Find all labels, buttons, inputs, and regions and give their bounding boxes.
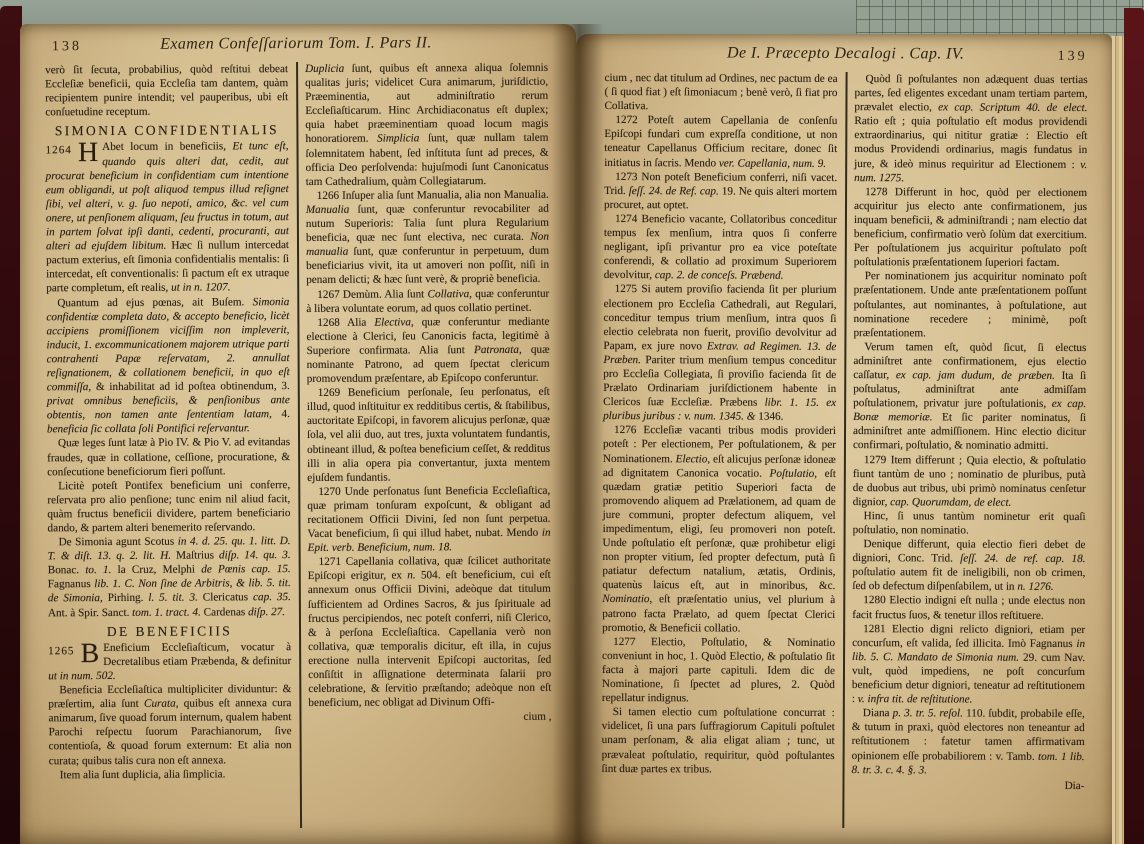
right-page: De I. Præcepto Decalogi . Cap. IV. 139 c… <box>576 34 1112 844</box>
paragraph: Diana p. 3. tr. 5. reſol. 110. ſubdit, p… <box>852 706 1085 777</box>
paragraph: Quòd ſi poſtulantes non adæquent duas te… <box>854 72 1087 186</box>
drop-cap: B <box>79 641 103 665</box>
paragraph: Verum tamen eſt, quòd ſicut, ſi electus … <box>853 340 1086 454</box>
paragraph: Hinc, ſi unus tantùm nominetur erit quaſ… <box>853 509 1086 538</box>
paragraph: 1274 Beneficio vacante, Collatoribus con… <box>604 212 837 283</box>
left-page-column-1: verò ſit ſecuta, probabilius, quòd reſti… <box>38 62 300 829</box>
paragraph: 1267 Demùm. Alia ſunt Collativa, quæ con… <box>306 286 549 315</box>
paragraph: 1270 Unde perſonatus ſunt Beneficia Eccl… <box>307 483 550 555</box>
paragraph: 1276 Eccleſiæ vacanti tribus modis provi… <box>602 423 836 635</box>
paragraph: 1273 Non poteſt Beneficium conferri, niſ… <box>604 170 837 213</box>
paragraph: 1264HAbet locum in beneficiis, Et tunc e… <box>45 140 289 296</box>
left-page-column-2: Duplicia ſunt, quibus eſt annexa aliqua … <box>296 61 560 828</box>
paragraph: verò ſit ſecuta, probabilius, quòd reſti… <box>45 62 288 120</box>
right-running-head: De I. Præcepto Decalogi . Cap. IV. 139 <box>588 39 1104 71</box>
paragraph: De Simonia agunt Scotus in 4. d. 25. qu.… <box>48 534 291 620</box>
paragraph: Beneficia Eccleſiaſtica multipliciter di… <box>48 682 291 768</box>
left-page-columns: verò ſit ſecuta, probabilius, quòd reſti… <box>28 59 568 830</box>
paragraph: 1271 Capellania collativa, quæ ſcilicet … <box>308 554 552 710</box>
paragraph: 1281 Electio digni relicto digniori, eti… <box>852 622 1085 708</box>
paragraph: 1265BEneficium Eccleſiaſticum, vocatur à… <box>48 640 291 684</box>
paragraph: 1266 Inſuper alia ſunt Manualia, alia no… <box>306 188 550 288</box>
paragraph: 1280 Electio indigni eſt nulla ; unde el… <box>852 594 1085 623</box>
catchword: Dia- <box>851 778 1084 793</box>
paragraph: 1277 Electio, Poſtulatio, & Nominatio co… <box>602 635 835 706</box>
paragraph: 1269 Beneficium perſonale, ſeu perſonatu… <box>307 385 551 485</box>
paragraph-number: 1265 <box>48 641 79 658</box>
left-page-content: 138 Examen Confeſſariorum Tom. I. Pars I… <box>20 24 576 844</box>
paragraph: 1275 Si autem proviſio facienda ſit per … <box>603 282 837 424</box>
paragraph-number: 1264 <box>45 141 76 158</box>
left-running-head: 138 Examen Confeſſariorum Tom. I. Pars I… <box>28 29 564 62</box>
drop-cap: H <box>77 140 102 164</box>
paragraph: 1278 Differunt in hoc, quòd per election… <box>854 185 1087 271</box>
running-title-right: De I. Præcepto Decalogi . Cap. IV. <box>588 39 1104 64</box>
paragraph: 1272 Poteſt autem Capellania de conſenſu… <box>604 113 837 170</box>
section-heading: DE BENEFICIIS <box>48 624 291 639</box>
paragraph: Duplicia ſunt, quibus eſt annexa aliqua … <box>305 61 549 189</box>
right-page-column-2: Quòd ſi poſtulantes non adæquent duas te… <box>842 72 1095 829</box>
paragraph: Per nominationem jus acquiritur nominato… <box>853 269 1086 340</box>
right-page-column-1: cium , nec dat titulum ad Ordines, nec p… <box>594 71 845 828</box>
running-title-left: Examen Confeſſariorum Tom. I. Pars II. <box>28 29 564 55</box>
paragraph: Si tamen electio cum poſtulatione concur… <box>602 705 835 776</box>
catchword: cium , <box>308 710 551 725</box>
page-number-left: 138 <box>52 39 82 55</box>
paragraph: Denique differunt, quia electio fieri de… <box>852 537 1085 594</box>
book-cover-right <box>1124 8 1144 844</box>
right-page-content: De I. Præcepto Decalogi . Cap. IV. 139 c… <box>576 34 1112 844</box>
book-photo: 138 Examen Confeſſariorum Tom. I. Pars I… <box>0 0 1144 844</box>
paragraph: Item alia ſunt duplicia, alia ſimplicia. <box>49 767 292 782</box>
right-page-columns: cium , nec dat titulum ad Ordines, nec p… <box>584 69 1103 829</box>
left-page: 138 Examen Confeſſariorum Tom. I. Pars I… <box>20 24 576 844</box>
paragraph: 1279 Item differunt ; Quia electio, & po… <box>853 453 1086 510</box>
paragraph: cium , nec dat titulum ad Ordines, nec p… <box>604 71 837 114</box>
paragraph: 1268 Alia Electiva, quæ conferuntur medi… <box>306 314 549 386</box>
page-number-right: 139 <box>1058 49 1088 65</box>
book-cover-left <box>0 6 22 844</box>
section-heading: SIMONIA CONFIDENTIALIS <box>45 123 288 138</box>
paragraph: Quantum ad ejus pœnas, ait Buſem. Simoni… <box>46 295 290 437</box>
paragraph: Quæ leges ſunt latæ à Pio IV. & Pio V. a… <box>47 435 290 479</box>
paragraph: Licitè poteſt Pontifex beneficium uni co… <box>47 478 290 536</box>
